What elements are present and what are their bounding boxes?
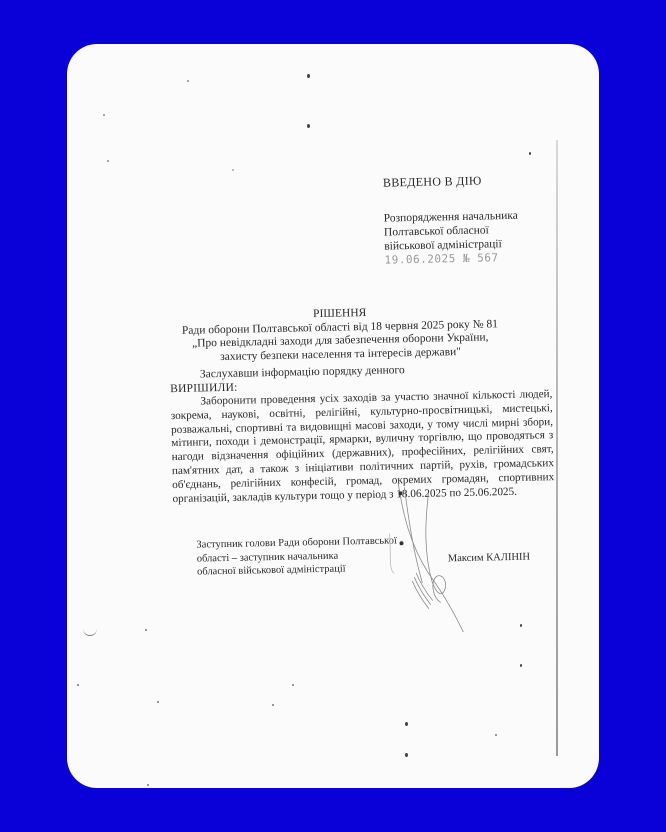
signer-position: Заступник голови Ради оборони Полтавсько… (196, 534, 397, 579)
decided-heading: ВИРІШИЛИ: (170, 382, 237, 395)
signer-line: обласної військової адміністрації (197, 561, 398, 579)
order-line: Розпорядження начальника (384, 209, 518, 226)
order-reference: Розпорядження начальника Полтавської обл… (384, 209, 519, 268)
enactment-block: ВВЕДЕНО В ДІЮ Розпорядження начальника П… (383, 173, 519, 268)
decision-body: Заборонити проведення усіх заходів за уч… (170, 388, 554, 506)
document-card: ВВЕДЕНО В ДІЮ Розпорядження начальника П… (67, 44, 599, 788)
order-stamp: 19.06.2025 № 567 (384, 251, 518, 268)
heard-line: Заслухавши інформацію порядку денного (200, 364, 405, 380)
scanned-document: ВВЕДЕНО В ДІЮ Розпорядження начальника П… (67, 44, 599, 788)
entered-into-force-label: ВВЕДЕНО В ДІЮ (383, 173, 517, 190)
decision-title-block: РІШЕННЯ Ради оборони Полтавської області… (175, 304, 506, 365)
signature-icon (368, 471, 492, 643)
order-line: військової адміністрації (384, 237, 518, 254)
